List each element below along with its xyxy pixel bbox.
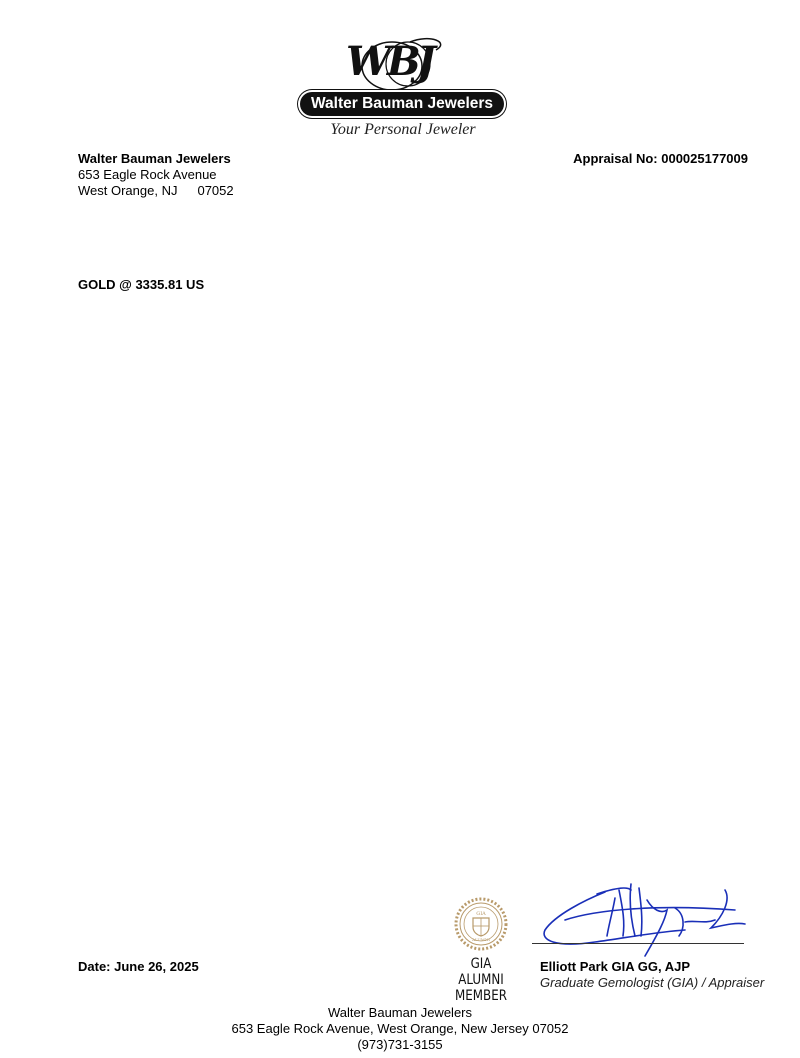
svg-text:GIA: GIA [476, 911, 486, 917]
logo-banner-text: Walter Bauman Jewelers [300, 95, 504, 113]
business-street: 653 Eagle Rock Avenue [78, 167, 234, 183]
footer-line-3: (973)731-3155 [0, 1037, 800, 1053]
appraiser-title: Graduate Gemologist (GIA) / Appraiser [540, 975, 764, 991]
business-city-state: West Orange, NJ [78, 183, 177, 198]
signature-line [532, 943, 744, 944]
gia-badge-text: GIA ALUMNI MEMBER [448, 956, 514, 1004]
appraiser-block: Elliott Park GIA GG, AJP Graduate Gemolo… [540, 959, 764, 991]
footer-line-2: 653 Eagle Rock Avenue, West Orange, New … [0, 1021, 800, 1037]
gold-price: GOLD @ 3335.81 US [78, 277, 204, 293]
footer-address: Walter Bauman Jewelers 653 Eagle Rock Av… [0, 1005, 800, 1053]
business-address: Walter Bauman Jewelers 653 Eagle Rock Av… [78, 151, 234, 199]
appraisal-date: Date: June 26, 2025 [78, 959, 199, 975]
appraisal-number: Appraisal No: 000025177009 [573, 151, 748, 167]
svg-text:ALUMNI: ALUMNI [471, 937, 490, 942]
company-logo: WBJ Walter Bauman Jewelers Your Personal… [298, 36, 508, 142]
appraiser-name: Elliott Park GIA GG, AJP [540, 959, 764, 975]
appraiser-signature [535, 880, 755, 960]
gia-alumni-badge: GIA ALUMNI GIA ALUMNI MEMBER [441, 896, 521, 1004]
business-zip: 07052 [197, 183, 233, 198]
gia-badge-line1: GIA ALUMNI [448, 956, 514, 988]
business-city-line: West Orange, NJ07052 [78, 183, 234, 199]
gia-seal-icon: GIA ALUMNI [453, 896, 509, 952]
logo-tagline: Your Personal Jeweler [298, 121, 508, 139]
business-name: Walter Bauman Jewelers [78, 151, 234, 167]
footer-line-1: Walter Bauman Jewelers [0, 1005, 800, 1021]
gia-badge-line2: MEMBER [448, 988, 514, 1004]
monogram-text: WBJ [346, 38, 432, 85]
logo-banner: Walter Bauman Jewelers [300, 92, 504, 116]
